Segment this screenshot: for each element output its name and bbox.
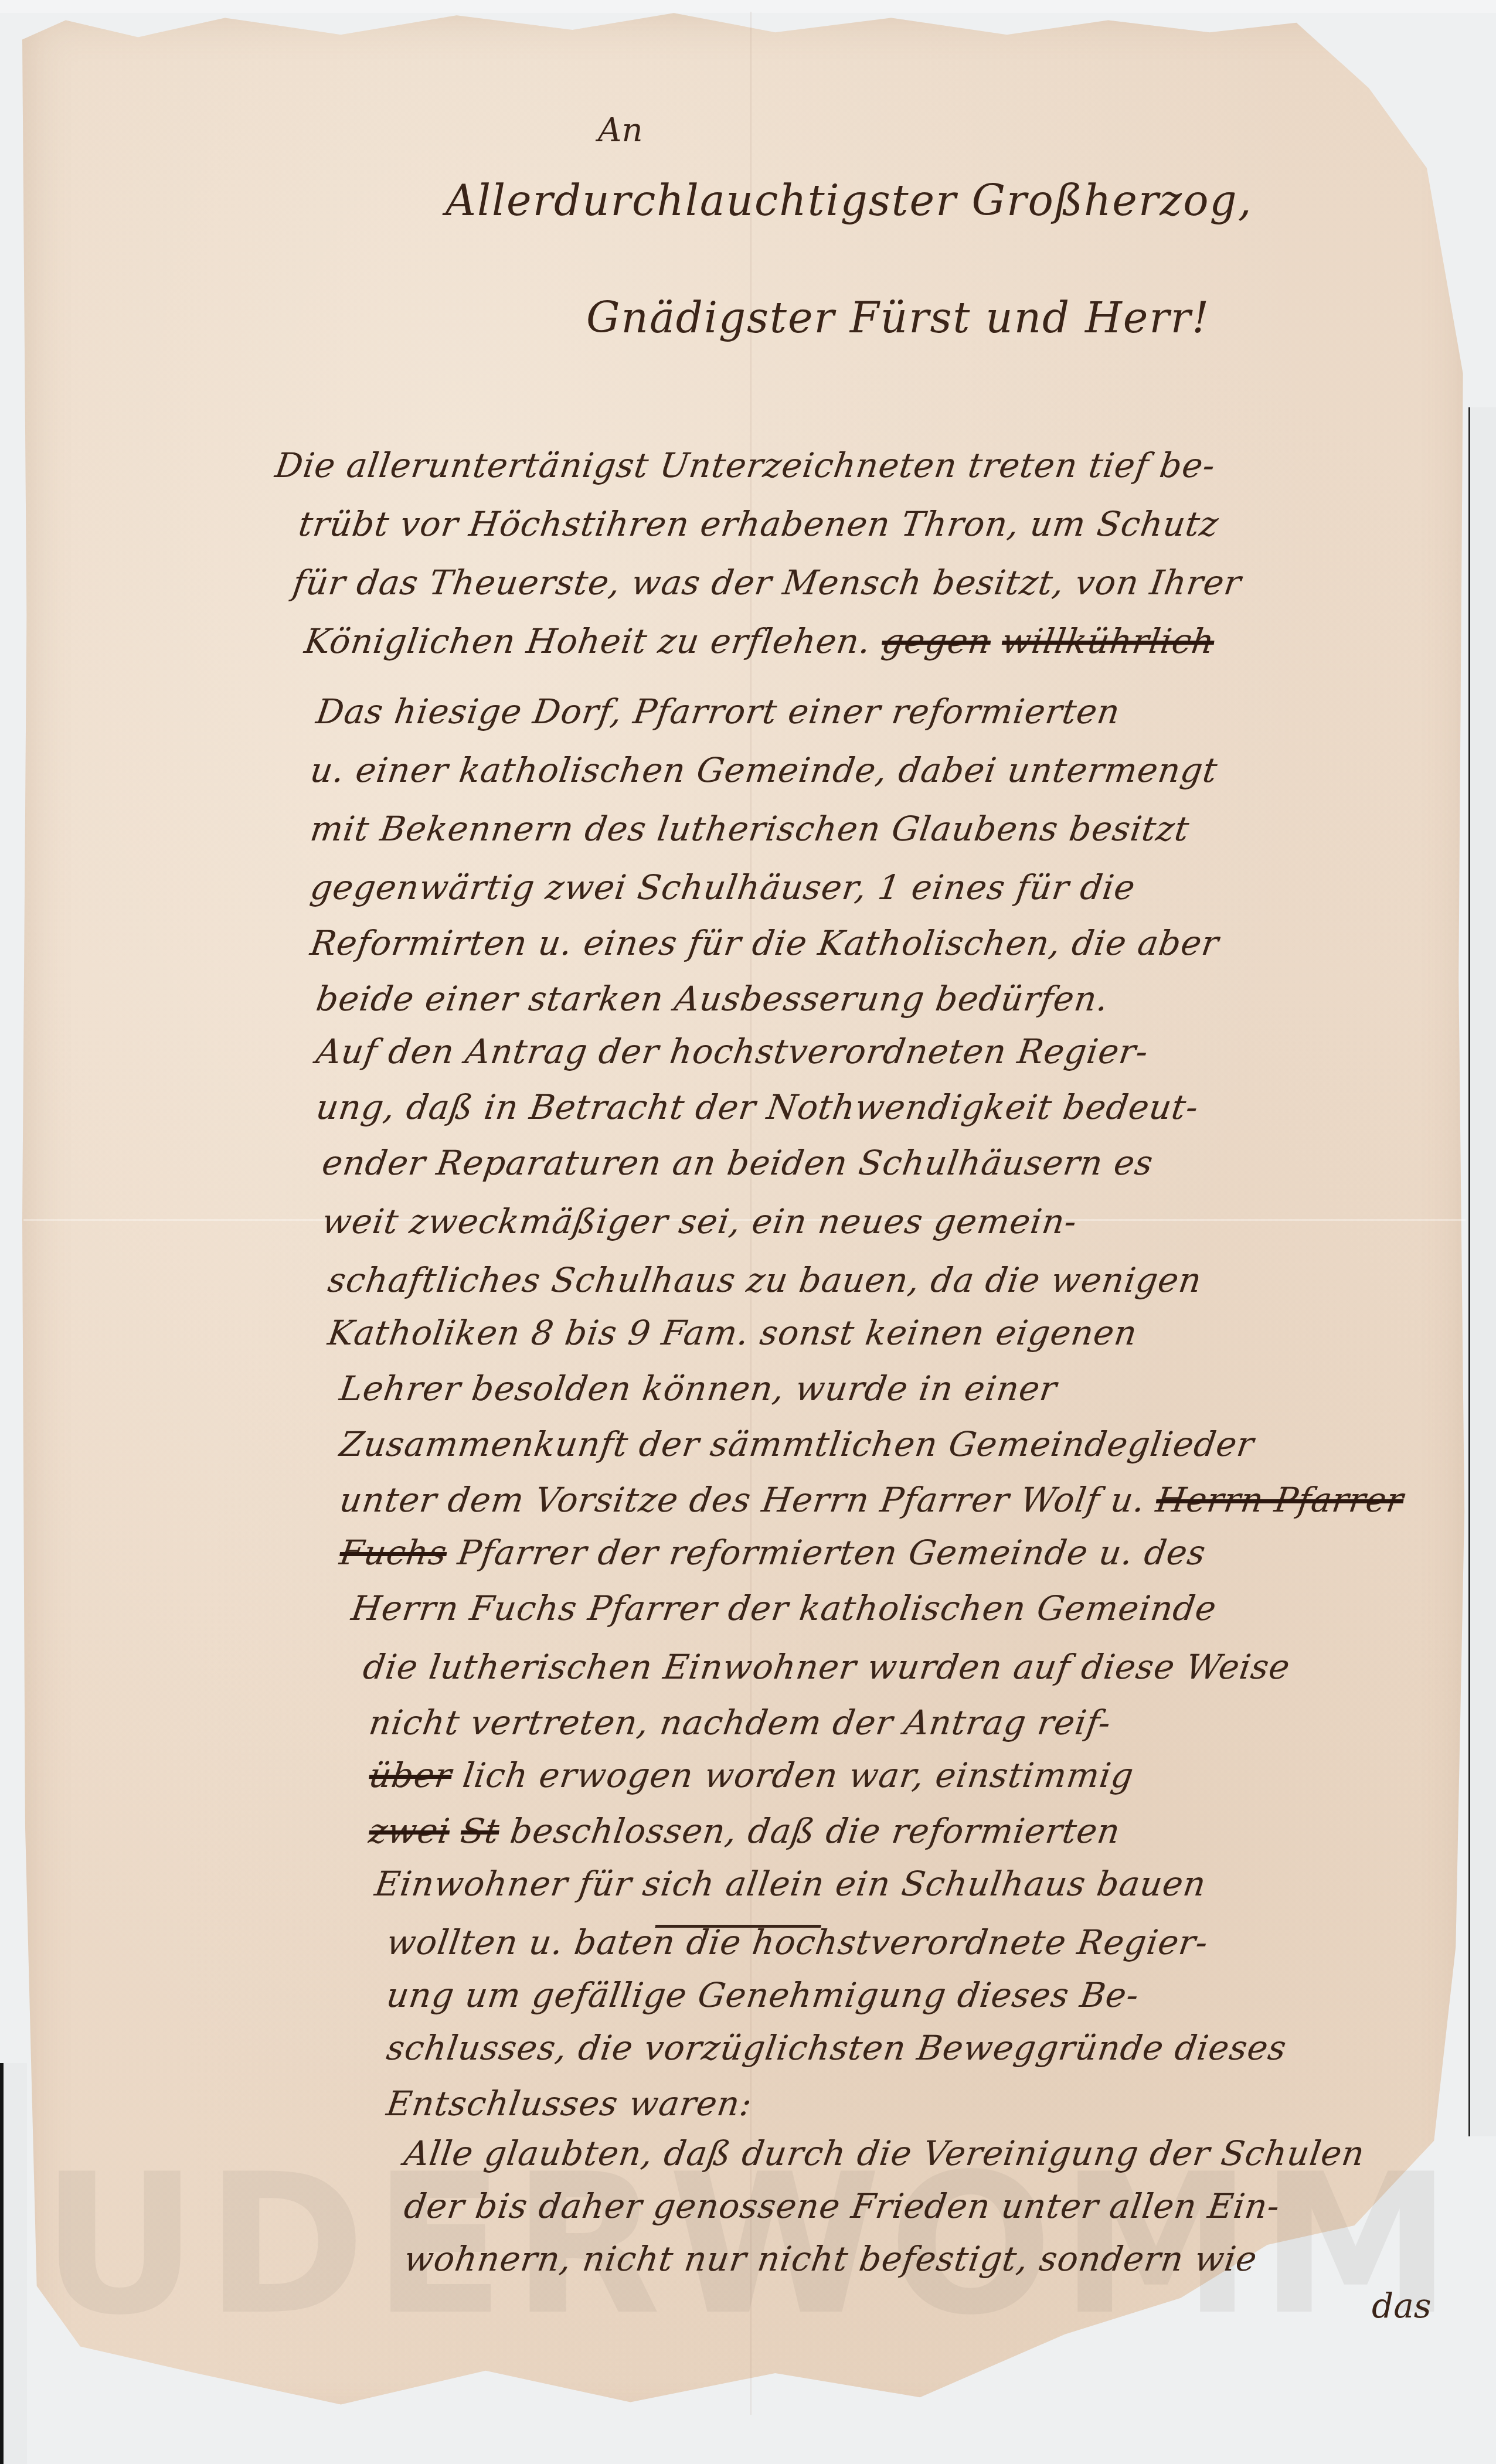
body-line: mit Bekennern des lutherischen Glaubens … xyxy=(308,809,1192,849)
body-line: unter dem Vorsitze des Herrn Pfarrer Wol… xyxy=(337,1480,1406,1520)
struck-word: gegen xyxy=(879,621,994,661)
struck-word: Herrn Pfarrer xyxy=(1154,1480,1406,1520)
struck-word: willkührlich xyxy=(999,621,1217,661)
body-line: Einwohner für sich allein ein Schulhaus … xyxy=(372,1864,1209,1904)
body-line: trübt vor Höchstihren erhabenen Thron, u… xyxy=(296,504,1221,544)
body-line: der bis daher genossene Frieden unter al… xyxy=(402,2186,1283,2226)
body-line: beide einer starken Ausbesserung bedürfe… xyxy=(314,979,1111,1019)
body-line-text: Einwohner für sich allein ein Schulhaus … xyxy=(372,1864,1209,1904)
title-line-1: Allerdurchlauchtigster Großherzog, xyxy=(446,176,1253,225)
body-line: Lehrer besolden können, wurde in einer xyxy=(337,1369,1059,1408)
body-line: die lutherischen Einwohner wurden auf di… xyxy=(361,1647,1293,1687)
title-line-2: Gnädigster Fürst und Herr! xyxy=(586,293,1210,342)
body-line: Auf den Antrag der hochstverordneten Reg… xyxy=(314,1032,1151,1071)
body-line: zwei St beschlossen, daß die reformierte… xyxy=(366,1811,1123,1851)
body-line: ung um gefällige Genehmigung dieses Be- xyxy=(384,1975,1141,2015)
body-line: ender Reparaturen an beiden Schulhäusern… xyxy=(319,1143,1155,1183)
body-line: ung, daß in Betracht der Nothwendigkeit … xyxy=(314,1087,1201,1127)
body-line: Reformirten u. eines für die Katholische… xyxy=(308,923,1222,963)
struck-word: über xyxy=(366,1755,454,1795)
body-line: Königlichen Hoheit zu erflehen. gegen wi… xyxy=(302,621,1217,661)
body-line: gegenwärtig zwei Schulhäuser, 1 eines fü… xyxy=(308,867,1138,907)
scan-background-right xyxy=(1468,407,1496,2136)
body-line: weit zweckmäßiger sei, ein neues gemein- xyxy=(319,1202,1079,1241)
body-line: Katholiken 8 bis 9 Fam. sonst keinen eig… xyxy=(325,1313,1140,1353)
body-line-text: beschlossen, daß die reformierten xyxy=(508,1811,1123,1851)
scan-background-top xyxy=(0,0,1496,13)
body-line: schlusses, die vorzüglichsten Beweggründ… xyxy=(384,2028,1289,2068)
body-line-text: Königlichen Hoheit zu erflehen. xyxy=(302,621,873,661)
body-line: wohnern, nicht nur nicht befestigt, sond… xyxy=(402,2239,1260,2279)
body-line-text: lich erwogen worden war, einstimmig xyxy=(460,1755,1136,1795)
struck-word: zwei xyxy=(366,1811,453,1851)
body-line-text: Pfarrer der reformierten Gemeinde u. des xyxy=(455,1533,1209,1573)
catchword: das xyxy=(1372,2286,1431,2326)
body-line: Fuchs Pfarrer der reformierten Gemeinde … xyxy=(337,1533,1208,1573)
body-line: Entschlusses waren: xyxy=(384,2084,754,2123)
body-line: nicht vertreten, nachdem der Antrag reif… xyxy=(366,1703,1113,1743)
body-line: Zusammenkunft der sämmtlichen Gemeindegl… xyxy=(337,1424,1257,1464)
body-line: u. einer katholischen Gemeinde, dabei un… xyxy=(308,750,1220,790)
body-line: Herrn Fuchs Pfarrer der katholischen Gem… xyxy=(349,1588,1219,1628)
struck-word: Fuchs xyxy=(337,1533,450,1573)
body-line: Alle glaubten, daß durch die Vereinigung… xyxy=(402,2133,1367,2173)
body-line: für das Theuerste, was der Mensch besitz… xyxy=(290,563,1244,603)
struck-word: St xyxy=(458,1811,502,1851)
body-line: Das hiesige Dorf, Pfarrort einer reformi… xyxy=(314,692,1123,731)
body-line-text: unter dem Vorsitze des Herrn Pfarrer Wol… xyxy=(337,1480,1148,1520)
body-line: schaftliches Schulhaus zu bauen, da die … xyxy=(325,1260,1204,1300)
salutation: An xyxy=(598,111,643,149)
body-line: wollten u. baten die hochstverordnete Re… xyxy=(384,1922,1211,1962)
body-line: über lich erwogen worden war, einstimmig xyxy=(366,1755,1136,1795)
body-line: Die alleruntertänigst Unterzeichneten tr… xyxy=(273,445,1218,485)
scan-background-left xyxy=(0,2063,27,2464)
